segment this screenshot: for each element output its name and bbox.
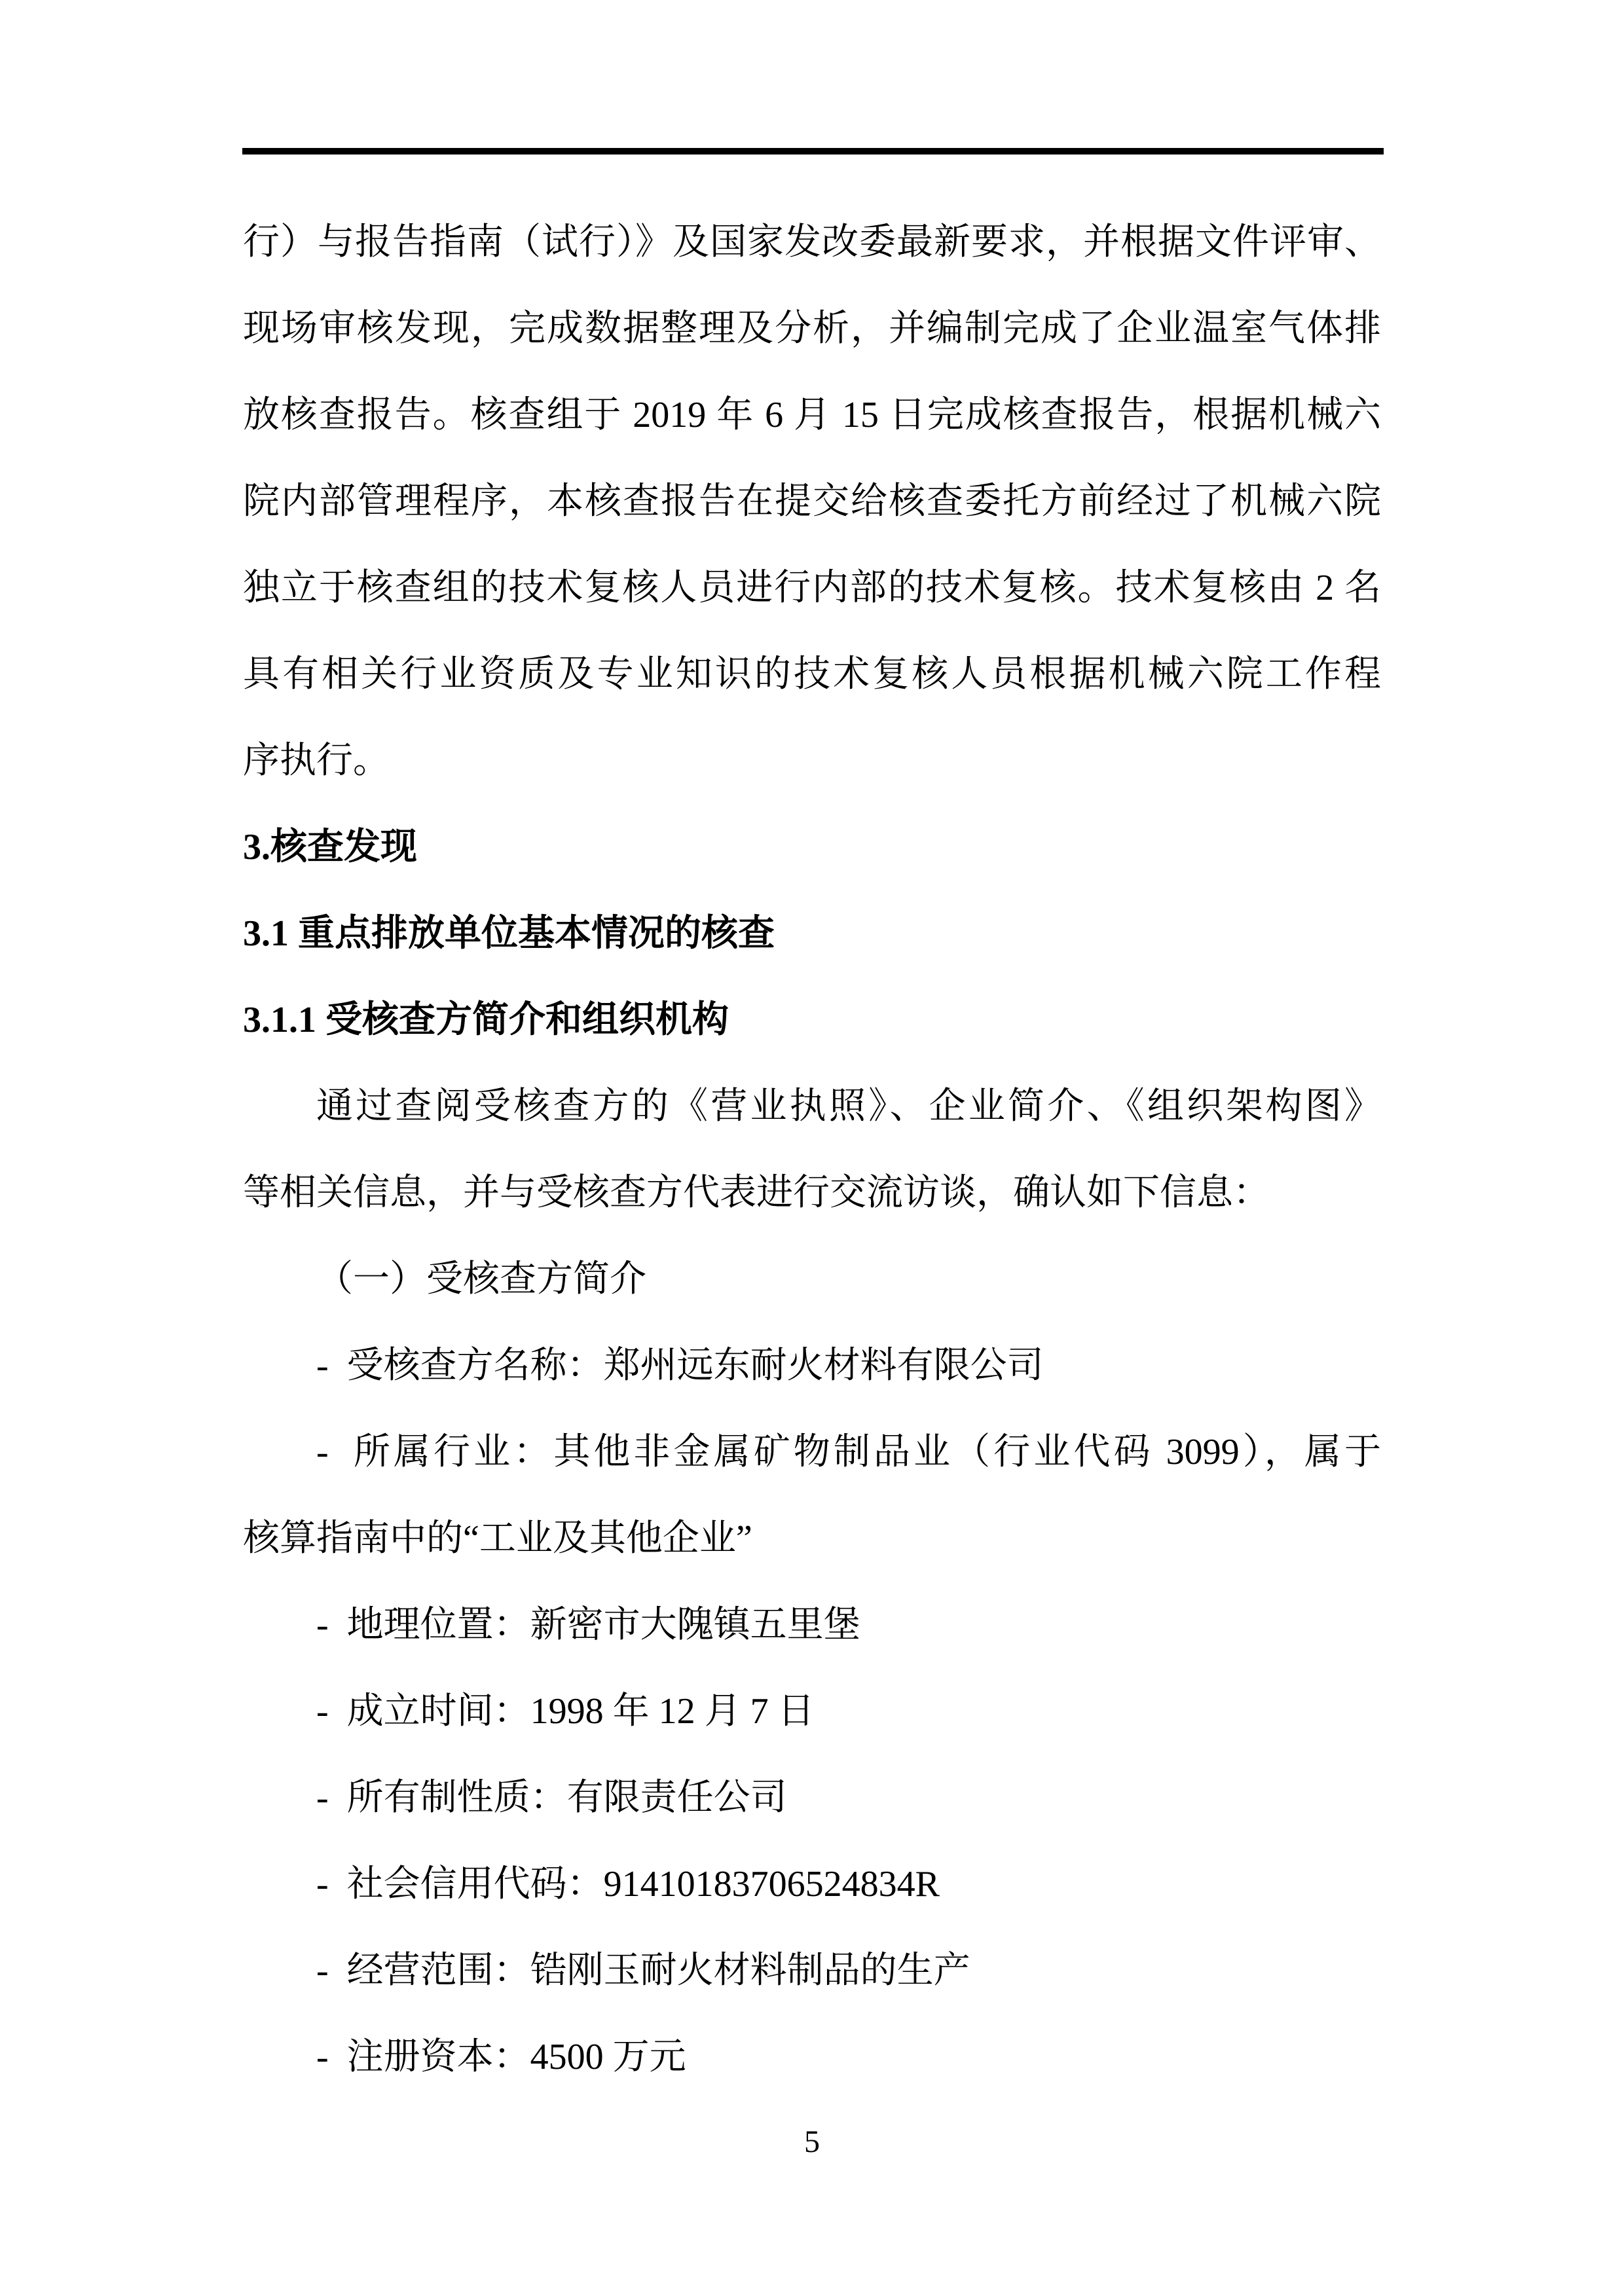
- list-item: - 所属行业：其他非金属矿物制品业（行业代码 3099），属于: [243, 1409, 1381, 1495]
- section-heading: 3.1.1 受核查方简介和组织机构: [243, 977, 1381, 1063]
- list-item: - 所有制性质：有限责任公司: [243, 1755, 1381, 1841]
- text-line: 序执行。: [243, 718, 1381, 804]
- text-line: 等相关信息，并与受核查方代表进行交流访谈，确认如下信息：: [243, 1150, 1381, 1236]
- list-item: - 社会信用代码：91410183706524834R: [243, 1841, 1381, 1927]
- text-line: 院内部管理程序，本核查报告在提交给核查委托方前经过了机械六院: [243, 458, 1381, 545]
- text-line: 现场审核发现，完成数据整理及分析，并编制完成了企业温室气体排: [243, 285, 1381, 372]
- list-item: - 注册资本：4500 万元: [243, 2014, 1381, 2100]
- list-item: - 成立时间：1998 年 12 月 7 日: [243, 1668, 1381, 1755]
- text-line: 独立于核查组的技术复核人员进行内部的技术复核。技术复核由 2 名: [243, 545, 1381, 631]
- text-line: 行）与报告指南（试行）》及国家发改委最新要求，并根据文件评审、: [243, 199, 1381, 285]
- text-line: （一）受核查方简介: [243, 1236, 1381, 1322]
- section-heading: 3.1 重点排放单位基本情况的核查: [243, 890, 1381, 977]
- text-line: 核算指南中的“工业及其他企业”: [243, 1495, 1381, 1582]
- text-line: 放核查报告。核查组于 2019 年 6 月 15 日完成核查报告，根据机械六: [243, 372, 1381, 458]
- header-rule: [242, 148, 1384, 155]
- list-item: - 受核查方名称：郑州远东耐火材料有限公司: [243, 1322, 1381, 1409]
- page-number: 5: [0, 2125, 1624, 2159]
- text-line: 通过查阅受核查方的《营业执照》、企业简介、《组织架构图》: [243, 1063, 1381, 1150]
- text-line: 具有相关行业资质及专业知识的技术复核人员根据机械六院工作程: [243, 631, 1381, 718]
- document-page: 行）与报告指南（试行）》及国家发改委最新要求，并根据文件评审、 现场审核发现，完…: [0, 0, 1624, 2296]
- list-item: - 地理位置：新密市大隗镇五里堡: [243, 1582, 1381, 1668]
- document-body: 行）与报告指南（试行）》及国家发改委最新要求，并根据文件评审、 现场审核发现，完…: [243, 199, 1381, 2100]
- list-item: - 经营范围：锆刚玉耐火材料制品的生产: [243, 1927, 1381, 2014]
- section-heading: 3.核查发现: [243, 804, 1381, 890]
